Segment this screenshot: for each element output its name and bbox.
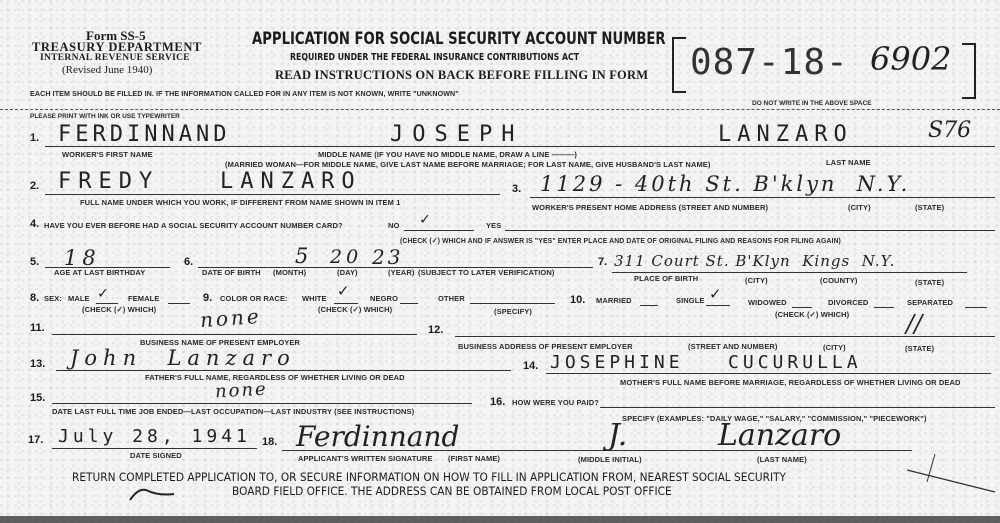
sex-male-label: MALE <box>68 294 90 303</box>
item-4-number: 4. <box>30 218 39 230</box>
married-woman-label: (MARRIED WOMAN—FOR MIDDLE NAME, GIVE LAS… <box>225 160 711 169</box>
prior-card-instructions: (CHECK (✓) WHICH AND IF ANSWER IS "YES" … <box>400 236 841 245</box>
item-15-number: 15. <box>30 392 45 404</box>
item-7-line <box>612 272 967 273</box>
race-other-line[interactable] <box>470 303 555 304</box>
form-subtitle: REQUIRED UNDER THE FEDERAL INSURANCE CON… <box>290 52 579 63</box>
birthplace-county-label: (COUNTY) <box>820 276 857 285</box>
marital-married-line[interactable] <box>640 305 658 306</box>
dob-day-label: (DAY) <box>337 268 358 277</box>
footer-instruction-line-1: RETURN COMPLETED APPLICATION TO, OR SECU… <box>72 470 786 484</box>
work-name-label: FULL NAME UNDER WHICH YOU WORK, IF DIFFE… <box>80 198 400 207</box>
item-13-line <box>56 370 511 371</box>
birth-day-value[interactable]: 20 <box>330 246 362 268</box>
race-other-label: OTHER <box>438 294 465 303</box>
first-name-label: WORKER'S FIRST NAME <box>62 150 153 159</box>
father-name-value[interactable]: John Lanzaro <box>70 346 296 370</box>
item-5-number: 5. <box>30 256 39 268</box>
marital-widowed-label: WIDOWED <box>748 298 787 307</box>
sex-male-line <box>96 303 118 304</box>
stray-pen-mark-icon <box>128 484 178 504</box>
middle-name-value[interactable]: JOSEPH <box>390 122 523 147</box>
marital-divorced-line[interactable] <box>874 307 894 308</box>
footer-instruction-line-2: BOARD FIELD OFFICE. THE ADDRESS CAN BE O… <box>232 484 672 498</box>
signature-first-name[interactable]: Ferdinnand <box>296 420 459 453</box>
marital-widowed-line[interactable] <box>792 307 812 308</box>
last-job-label: DATE LAST FULL TIME JOB ENDED—LAST OCCUP… <box>52 407 414 416</box>
item-3-line <box>530 197 995 198</box>
race-negro-label: NEGRO <box>370 294 398 303</box>
employer-state-label: (STATE) <box>905 344 934 353</box>
item-7-number: 7. <box>598 256 607 268</box>
birthplace-value[interactable]: 311 Court St. B'Klyn Kings N.Y. <box>614 252 895 270</box>
account-number-handwritten: 6902 <box>870 40 951 78</box>
home-address-street-label: WORKER'S PRESENT HOME ADDRESS (STREET AN… <box>532 203 768 212</box>
birthplace-label: PLACE OF BIRTH <box>634 274 698 283</box>
employer-address-value[interactable]: // <box>906 310 922 338</box>
signature-last-label: (LAST NAME) <box>757 455 807 464</box>
item-2-number: 2. <box>30 180 39 192</box>
item-14-number: 14. <box>523 360 538 372</box>
employer-street-label: (STREET AND NUMBER) <box>688 342 778 351</box>
birthplace-city-label: (CITY) <box>745 276 768 285</box>
item-12-number: 12. <box>428 324 443 336</box>
prior-card-no-label: NO <box>388 221 399 230</box>
item-11-line <box>52 334 417 335</box>
marital-divorced-label: DIVORCED <box>828 298 868 307</box>
dob-month-label: (MONTH) <box>273 268 306 277</box>
father-name-label: FATHER'S FULL NAME, REGARDLESS OF WHETHE… <box>145 373 405 382</box>
item-15-line <box>52 403 472 404</box>
each-item-instruction: EACH ITEM SHOULD BE FILLED IN. IF THE IN… <box>30 89 459 98</box>
prior-card-no-check[interactable]: ✓ <box>420 209 430 228</box>
date-signed-label: DATE SIGNED <box>130 451 182 460</box>
account-number-printed: 087-18- <box>690 42 849 83</box>
prior-card-question: HAVE YOU EVER BEFORE HAD A SOCIAL SECURI… <box>44 221 343 230</box>
birth-month-value[interactable]: 5 <box>295 244 308 268</box>
age-value[interactable]: 18 <box>64 246 101 270</box>
dob-label: DATE OF BIRTH <box>202 268 261 277</box>
race-label: COLOR OR RACE: <box>220 294 288 303</box>
employer-address-label: BUSINESS ADDRESS OF PRESENT EMPLOYER <box>458 342 633 351</box>
dob-verification-label: (SUBJECT TO LATER VERIFICATION) <box>418 268 554 277</box>
birthplace-state-label: (STATE) <box>915 278 944 287</box>
item-2-line <box>45 194 500 195</box>
race-specify-label: (SPECIFY) <box>494 307 532 316</box>
date-signed-value[interactable]: July 28, 1941 <box>58 426 251 447</box>
race-check-note: (CHECK (✓) WHICH) <box>318 305 392 314</box>
service-name: INTERNAL REVENUE SERVICE <box>40 53 190 63</box>
home-address-value[interactable]: 1129 - 40th St. B'klyn N.Y. <box>540 172 910 196</box>
race-white-check[interactable]: ✓ <box>338 281 348 301</box>
last-name-label: LAST NAME <box>826 158 871 167</box>
signature-middle-label: (MIDDLE INITIAL) <box>578 455 642 464</box>
header-divider <box>0 109 1000 110</box>
item-8-number: 8. <box>30 292 39 304</box>
mother-name-value[interactable]: JOSEPHINE CUCURULLA <box>550 352 862 373</box>
race-white-line <box>334 303 358 304</box>
sex-female-label: FEMALE <box>128 294 159 303</box>
item-13-number: 13. <box>30 358 45 370</box>
item-11-number: 11. <box>30 322 45 334</box>
read-instructions: READ INSTRUCTIONS ON BACK BEFORE FILLING… <box>275 68 648 83</box>
item-9-number: 9. <box>203 292 212 304</box>
bottom-border <box>0 516 1000 523</box>
signature-first-label: (FIRST NAME) <box>448 454 500 463</box>
work-name-value[interactable]: FREDY LANZARO <box>58 169 362 194</box>
middle-name-label: MIDDLE NAME (IF YOU HAVE NO MIDDLE NAME,… <box>318 150 577 159</box>
home-address-city-label: (CITY) <box>848 203 871 212</box>
item-14-line <box>546 373 991 374</box>
signature-middle-initial[interactable]: J. <box>608 418 627 453</box>
last-job-value[interactable]: none <box>214 379 268 403</box>
item-3-number: 3. <box>512 183 521 195</box>
marital-check-note: (CHECK (✓) WHICH) <box>775 310 849 319</box>
home-address-state-label: (STATE) <box>915 203 944 212</box>
birth-year-value[interactable]: 23 <box>372 245 403 269</box>
item-6-number: 6. <box>184 256 193 268</box>
mother-name-label: MOTHER'S FULL NAME BEFORE MARRIAGE, REGA… <box>620 378 961 387</box>
how-paid-question: HOW WERE YOU PAID? <box>512 398 599 407</box>
how-paid-line[interactable] <box>600 407 995 408</box>
race-negro-line[interactable] <box>400 303 418 304</box>
signature-last-name[interactable]: Lanzaro <box>718 418 841 453</box>
item-18-number: 18. <box>262 436 277 448</box>
dob-year-label: (YEAR) <box>388 268 414 277</box>
prior-card-yes-label: YES <box>486 221 501 230</box>
race-white-label: WHITE <box>302 294 327 303</box>
account-box-right-bracket <box>962 43 976 99</box>
sex-female-line[interactable] <box>168 303 190 304</box>
last-name-value[interactable]: LANZARO <box>718 122 853 147</box>
marital-single-line <box>706 305 730 306</box>
revised-date: (Revised June 1940) <box>62 64 152 76</box>
sex-male-check[interactable]: ✓ <box>98 283 108 302</box>
please-print-note: PLEASE PRINT WITH INK OR USE TYPEWRITER <box>30 113 180 120</box>
item-17-number: 17. <box>28 434 43 446</box>
item-17-line <box>52 448 257 449</box>
item-16-number: 16. <box>490 396 505 408</box>
age-label: AGE AT LAST BIRTHDAY <box>54 268 145 277</box>
sex-label: SEX: <box>44 294 62 303</box>
signature-label: APPLICANT'S WRITTEN SIGNATURE <box>298 454 433 463</box>
form-title: APPLICATION FOR SOCIAL SECURITY ACCOUNT … <box>252 29 666 48</box>
stray-pen-mark-right-icon <box>905 452 1000 502</box>
employer-city-label: (CITY) <box>823 343 846 352</box>
ss5-application-form: Form SS-5 TREASURY DEPARTMENT INTERNAL R… <box>0 0 1000 523</box>
item-1-number: 1. <box>30 132 39 144</box>
marital-separated-label: SEPARATED <box>907 298 953 307</box>
account-box-left-bracket <box>672 37 686 93</box>
marital-single-label: SINGLE <box>676 296 705 305</box>
item-10-number: 10. <box>570 294 585 306</box>
sex-check-note: (CHECK (✓) WHICH) <box>82 305 156 314</box>
marital-single-check[interactable]: ✓ <box>710 284 720 304</box>
employer-name-value[interactable]: none <box>199 304 262 332</box>
marital-separated-line[interactable] <box>965 307 987 308</box>
do-not-write-note: DO NOT WRITE IN THE ABOVE SPACE <box>752 100 872 107</box>
last-name-annotation: S76 <box>928 118 971 143</box>
first-name-value[interactable]: FERDINNAND <box>58 122 230 147</box>
marital-married-label: MARRIED <box>596 296 632 305</box>
prior-card-no-line <box>404 230 474 231</box>
prior-card-yes-line[interactable] <box>505 230 995 231</box>
